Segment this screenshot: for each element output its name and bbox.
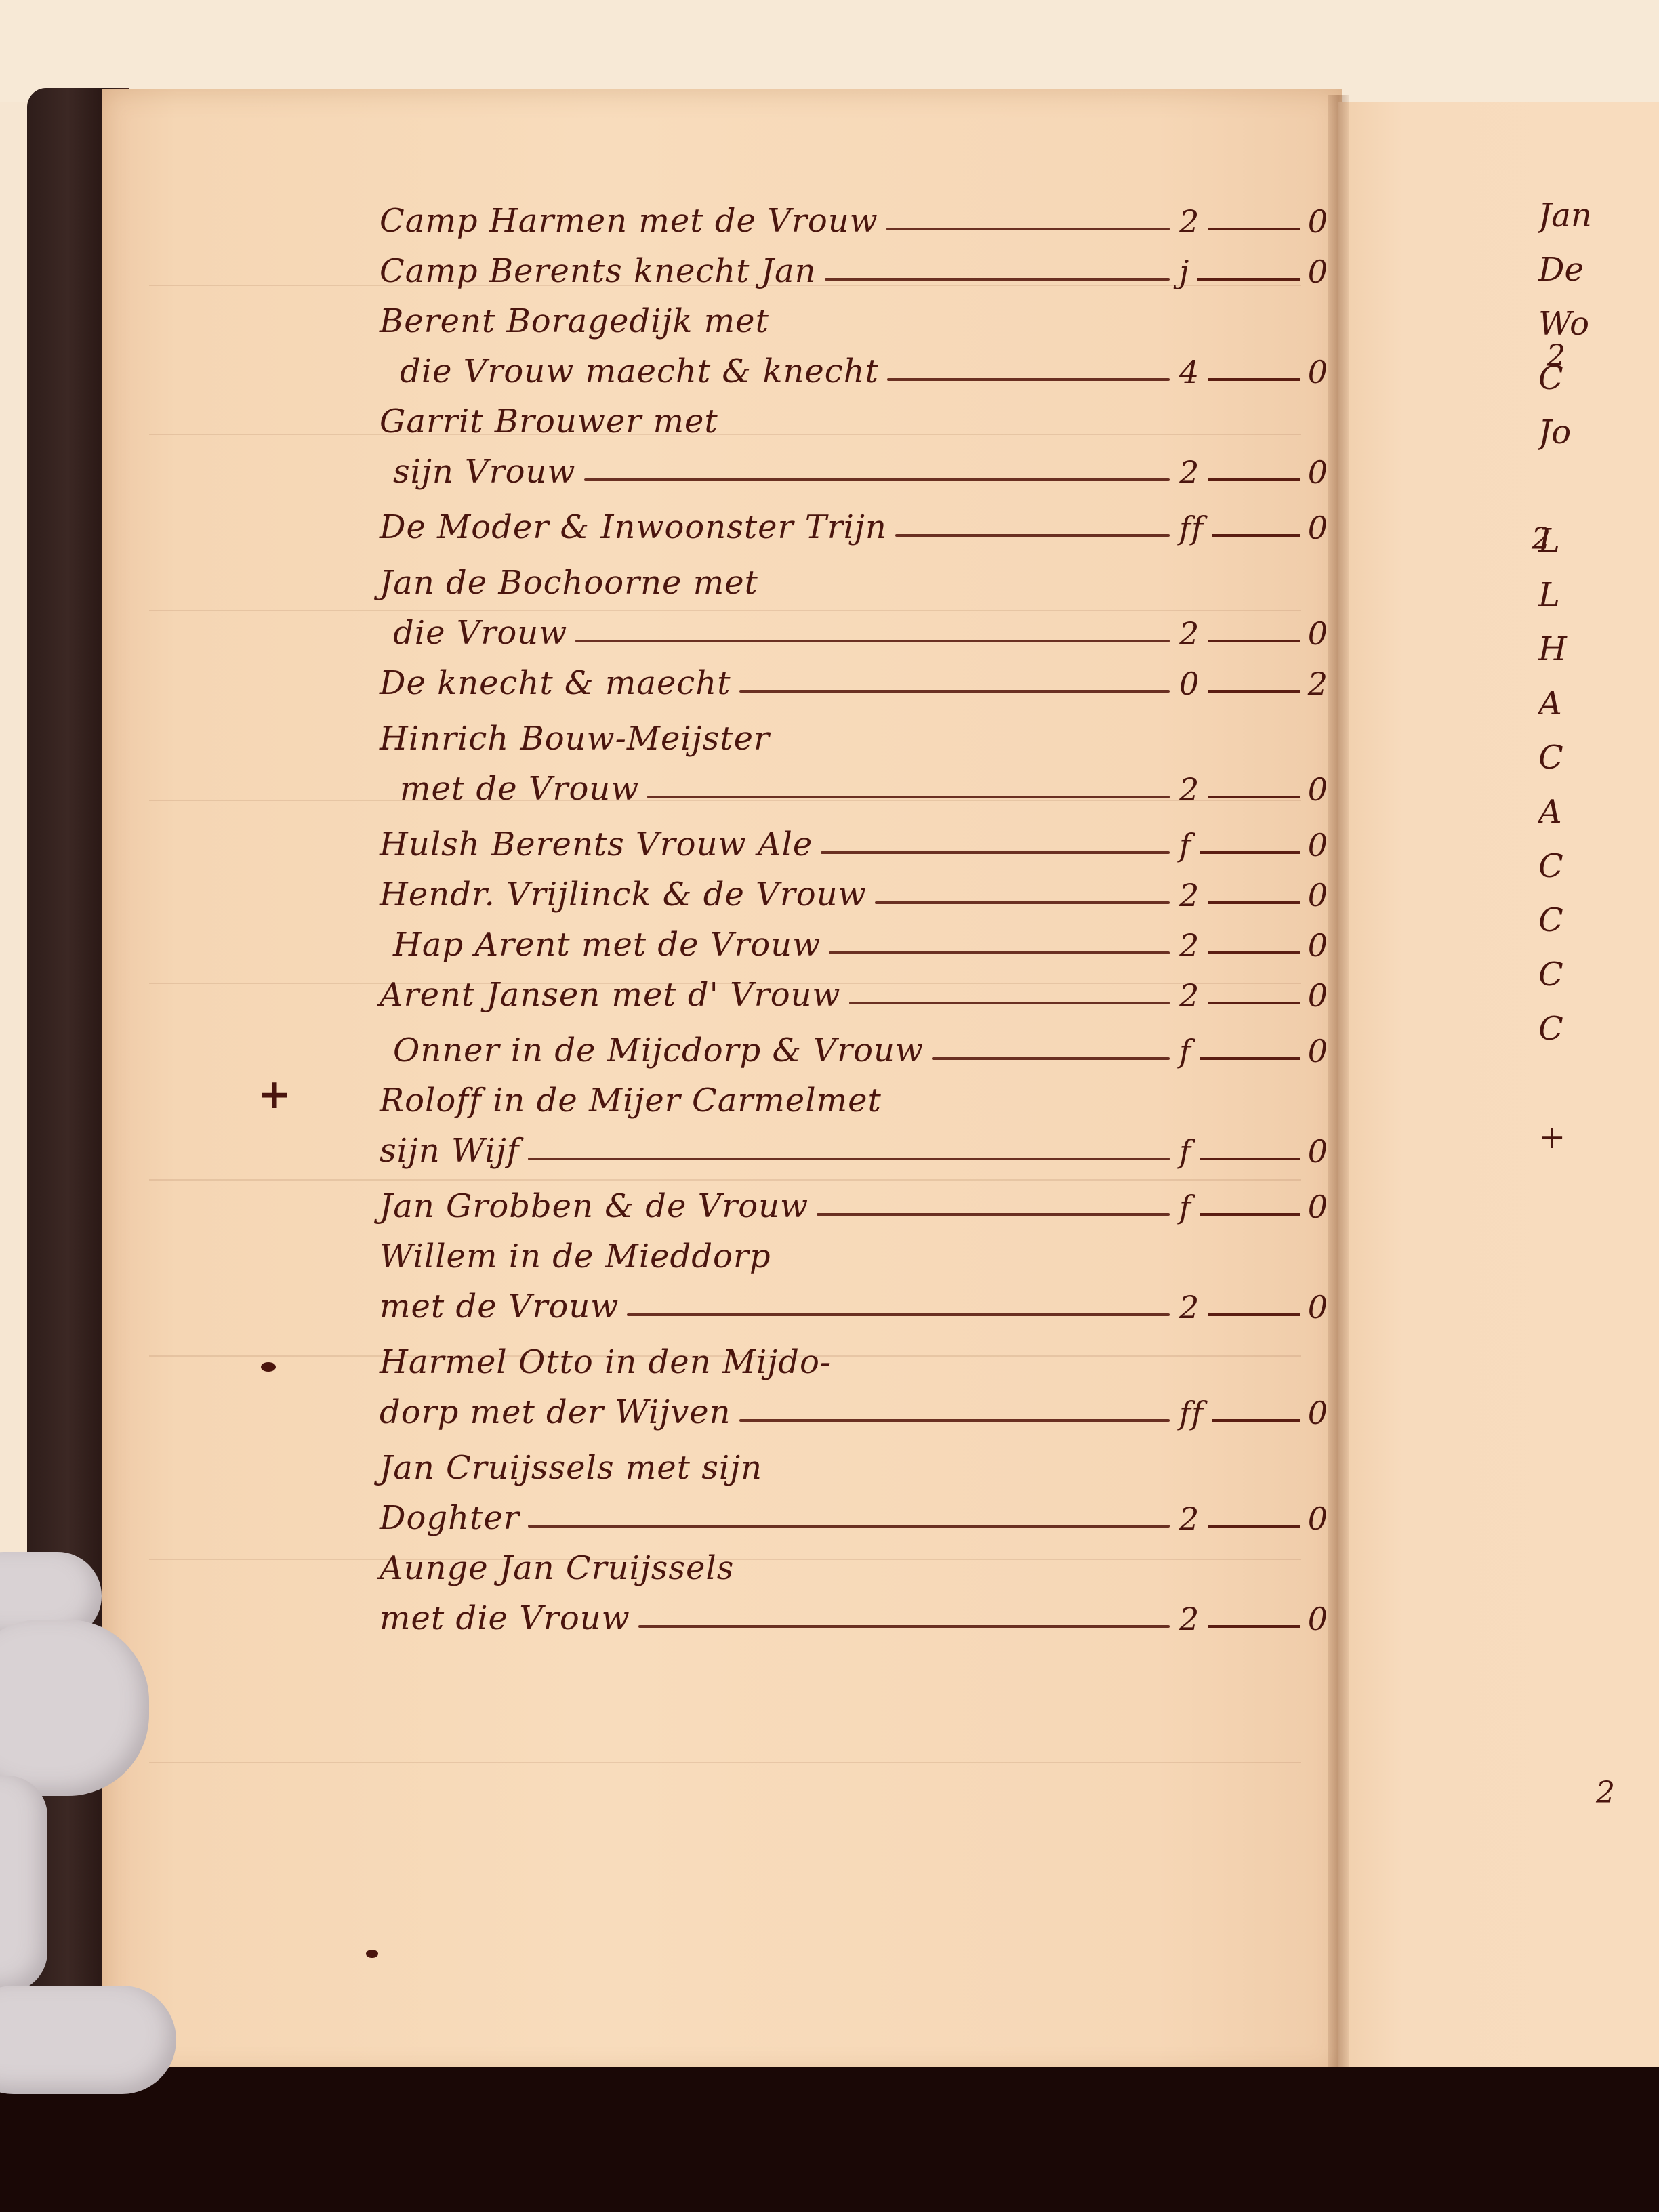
- fragment: [1538, 1064, 1659, 1118]
- gloved-thumb: [0, 1986, 176, 2094]
- entry-line: Camp Harmen met de Vrouw 20: [380, 190, 1342, 240]
- entry-name: Aunge Jan Cruijssels: [380, 1549, 742, 1587]
- entry-line: Hulsh Berents Vrouw Ale f0: [380, 813, 1342, 863]
- entry-line: Onner in de Mijcdorp & Vrouw f0: [380, 1019, 1342, 1069]
- entry-name: Camp Berents knecht Jan: [380, 252, 825, 290]
- leader-dash: [739, 1419, 1170, 1422]
- entry-line: Garrit Brouwer met: [380, 390, 1342, 441]
- fragment: A: [1538, 684, 1659, 739]
- entry-amount: ff0: [1179, 510, 1342, 546]
- dark-table-surface: [0, 2067, 1659, 2212]
- entry-amount: 20: [1179, 977, 1342, 1014]
- fragment: H: [1538, 630, 1659, 684]
- entry-line: Jan de Bochoorne met: [380, 552, 1342, 602]
- fragment: De: [1538, 251, 1659, 305]
- fragment: [1538, 468, 1659, 522]
- entry-line: Hap Arent met de Vrouw 20: [380, 914, 1342, 964]
- leader-dash: [825, 278, 1170, 281]
- entry-amount: ff0: [1179, 1395, 1342, 1431]
- entry-amount: f0: [1179, 1189, 1342, 1225]
- entry-line: Arent Jansen met d' Vrouw 20: [380, 964, 1342, 1014]
- leader-dash: [886, 228, 1170, 230]
- leader-dash: [895, 534, 1170, 537]
- entry-name-continued: sijn Wijf: [380, 1132, 528, 1170]
- entry-line: Jan Cruijssels met sijn: [380, 1437, 1342, 1487]
- entry-name-continued: met die Vrouw: [380, 1599, 638, 1637]
- entry-line: Doghter 20: [380, 1487, 1342, 1537]
- entry-name-continued: Doghter: [380, 1499, 528, 1537]
- entry-name: Arent Jansen met d' Vrouw: [380, 976, 849, 1014]
- entry-line: met die Vrouw 20: [380, 1587, 1342, 1637]
- background-surface: [0, 0, 1659, 102]
- entry-name: Jan de Bochoorne met: [380, 564, 766, 602]
- entry-line: Hinrich Bouw-Meijster: [380, 708, 1342, 758]
- entry-name-continued: met de Vrouw: [380, 1288, 627, 1326]
- ink-blot: [366, 1950, 378, 1958]
- entry-name-continued: sijn Vrouw: [380, 453, 584, 491]
- gloved-finger: [0, 1620, 149, 1796]
- entry-line: Hendr. Vrijlinck & de Vrouw 20: [380, 863, 1342, 914]
- entry-amount: 20: [1179, 454, 1342, 491]
- leader-dash: [875, 901, 1170, 904]
- leader-dash: [627, 1313, 1170, 1316]
- right-margin-number: 2: [1532, 522, 1551, 556]
- entry-name: Hap Arent met de Vrouw: [380, 926, 829, 964]
- entry-name-continued: die Vrouw: [380, 614, 575, 652]
- leader-dash: [817, 1213, 1170, 1216]
- entry-name: Camp Harmen met de Vrouw: [380, 202, 886, 240]
- leader-dash: [528, 1158, 1170, 1160]
- gloved-palm: [0, 1776, 47, 1992]
- entry-name-continued: met de Vrouw: [380, 770, 647, 808]
- entry-name: Hinrich Bouw-Meijster: [380, 720, 778, 758]
- entry-name-continued: dorp met der Wijven: [380, 1393, 739, 1431]
- leader-dash: [829, 951, 1170, 954]
- register-entries: Camp Harmen met de Vrouw 20 Camp Berents…: [380, 190, 1342, 1637]
- entry-name: Hulsh Berents Vrouw Ale: [380, 825, 821, 863]
- fragment: Jan: [1538, 197, 1659, 251]
- entry-line: dorp met der Wijven ff0: [380, 1381, 1342, 1431]
- entry-name: De knecht & maecht: [380, 664, 739, 702]
- entry-line: Camp Berents knecht Jan j0: [380, 240, 1342, 290]
- entry-line: Harmel Otto in den Mijdo-: [380, 1331, 1342, 1381]
- ink-blot: [261, 1362, 276, 1372]
- fragment: +: [1538, 1118, 1659, 1172]
- entry-line: die Vrouw 20: [380, 602, 1342, 652]
- entry-name: Garrit Brouwer met: [380, 403, 726, 441]
- leader-dash: [739, 690, 1170, 693]
- entry-amount: f0: [1179, 1033, 1342, 1069]
- entry-amount: 20: [1179, 1289, 1342, 1326]
- leader-dash: [647, 796, 1170, 798]
- entry-amount: 20: [1179, 615, 1342, 652]
- entry-amount: f0: [1179, 1133, 1342, 1170]
- leader-dash: [528, 1525, 1170, 1528]
- entry-line: sijn Vrouw 20: [380, 441, 1342, 491]
- fragment: C: [1538, 739, 1659, 793]
- fragment: C: [1538, 847, 1659, 901]
- entry-amount: 20: [1179, 1601, 1342, 1637]
- entry-amount: 20: [1179, 771, 1342, 808]
- ruled-line: [149, 1762, 1301, 1763]
- entry-name: Roloff in de Mijer Carmelmet: [380, 1082, 890, 1120]
- entry-amount: j0: [1179, 253, 1342, 290]
- entry-line: Roloff in de Mijer Carmelmet: [380, 1069, 1342, 1120]
- entry-name: Jan Cruijssels met sijn: [380, 1449, 771, 1487]
- right-margin-number: 2: [1596, 1776, 1615, 1810]
- entry-name: Jan Grobben & de Vrouw: [380, 1187, 817, 1225]
- entry-line: De Moder & Inwoonster Trijn ff0: [380, 496, 1342, 546]
- leader-dash: [821, 851, 1170, 854]
- leader-dash: [932, 1057, 1170, 1060]
- leader-dash: [575, 640, 1170, 642]
- leader-dash: [887, 378, 1170, 381]
- entry-line: Berent Boragedijk met: [380, 290, 1342, 340]
- entry-amount: 02: [1179, 665, 1342, 702]
- entry-amount: 40: [1179, 354, 1342, 390]
- leader-dash: [638, 1625, 1170, 1628]
- entry-line: sijn Wijf f0: [380, 1120, 1342, 1170]
- entry-name: Onner in de Mijcdorp & Vrouw: [380, 1031, 932, 1069]
- margin-cross-mark: +: [258, 1071, 291, 1118]
- entry-line: die Vrouw maecht & knecht 40: [380, 340, 1342, 390]
- fragment: C: [1538, 901, 1659, 956]
- entry-amount: 20: [1179, 877, 1342, 914]
- entry-amount: f0: [1179, 827, 1342, 863]
- fragment: Jo: [1538, 413, 1659, 468]
- entry-line: Willem in de Mieddorp: [380, 1225, 1342, 1275]
- leader-dash: [849, 1002, 1170, 1004]
- entry-name: Berent Boragedijk met: [380, 302, 777, 340]
- entry-name-continued: die Vrouw maecht & knecht: [380, 352, 887, 390]
- entry-name: Harmel Otto in den Mijdo-: [380, 1343, 840, 1381]
- entry-line: De knecht & maecht 02: [380, 652, 1342, 702]
- entry-line: met de Vrouw 20: [380, 1275, 1342, 1326]
- entry-line: met de Vrouw 20: [380, 758, 1342, 808]
- right-margin-number: 2: [1547, 339, 1565, 373]
- fragment: L: [1538, 576, 1659, 630]
- fragment: C: [1538, 956, 1659, 1010]
- entry-name: De Moder & Inwoonster Trijn: [380, 508, 895, 546]
- entry-amount: 20: [1179, 203, 1342, 240]
- entry-amount: 20: [1179, 927, 1342, 964]
- entry-line: Jan Grobben & de Vrouw f0: [380, 1175, 1342, 1225]
- entry-line: Aunge Jan Cruijssels: [380, 1537, 1342, 1587]
- entry-name: Hendr. Vrijlinck & de Vrouw: [380, 876, 875, 914]
- leader-dash: [584, 478, 1170, 481]
- entry-name: Willem in de Mieddorp: [380, 1237, 779, 1275]
- fragment: L: [1538, 522, 1659, 576]
- fragment: C: [1538, 1010, 1659, 1064]
- entry-amount: 20: [1179, 1500, 1342, 1537]
- fragment: A: [1538, 793, 1659, 847]
